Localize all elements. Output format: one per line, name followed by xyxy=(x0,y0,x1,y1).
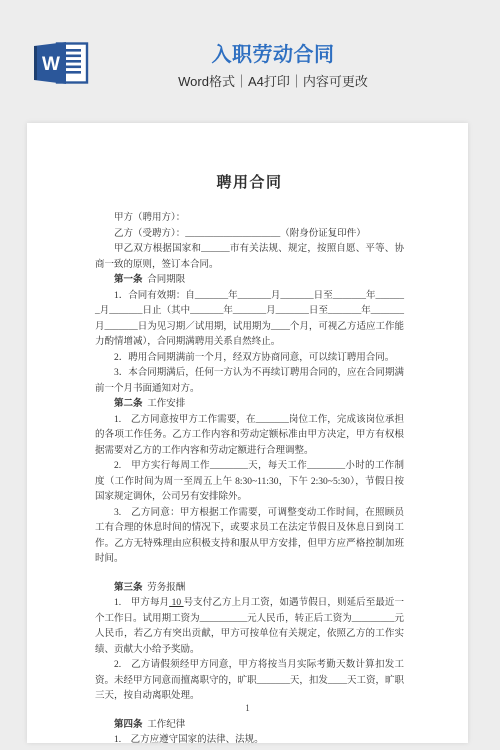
contract-paragraph: 1. 甲方每月 10 号支付乙方上月工资，如遇节假日，则延后至最近一个工作日。试… xyxy=(95,596,404,658)
contract-paragraph: 2. 乙方请假须经甲方同意，甲方将按当月实际考勤天数计算扣发工资。未经甲方同意而… xyxy=(95,658,404,705)
document-body: 聘用合同甲方（聘用方）：乙方（受聘方）：____________________… xyxy=(95,175,404,743)
contract-paragraph: 2．聘用合同期满前一个月，经双方协商同意，可以续订聘用合同。 xyxy=(95,351,404,367)
section-heading: 第二条 工作安排 xyxy=(95,397,404,413)
page-number: 1 xyxy=(27,703,468,713)
section-heading: 第四条 工作纪律 xyxy=(95,718,404,734)
contract-paragraph: 1. 乙方同意按甲方工作需要，在_______岗位工作，完成该岗位承担的各项工作… xyxy=(95,413,404,460)
contract-paragraph: 甲乙双方根据国家和______市有关法规、规定，按照自愿、平等、协商一致的原则，… xyxy=(95,242,404,273)
header-text: 入职劳动合同 Word格式｜A4打印｜内容可更改 xyxy=(46,44,500,89)
header: W 入职劳动合同 Word格式｜A4打印｜内容可更改 xyxy=(0,0,500,123)
page-title: 入职劳动合同 xyxy=(46,44,500,66)
contract-paragraph: 2. 甲方实行每周工作________天，每天工作________小时的工作制度… xyxy=(95,459,404,506)
contract-paragraph: 3．本合同期满后，任何一方认为不再续订聘用合同的，应在合同期满前一个月书面通知对… xyxy=(95,366,404,397)
contract-paragraph: 乙方（受聘方）：____________________（附身份证复印件） xyxy=(95,227,404,243)
contract-paragraph: 1. 乙方应遵守国家的法律、法规。 xyxy=(95,733,404,743)
section-heading: 第一条 合同期限 xyxy=(95,273,404,289)
contract-paragraph: 3. 乙方同意：甲方根据工作需要，可调整变动工作时间，在照顾员工有合理的休息时间… xyxy=(95,506,404,568)
paragraph-gap xyxy=(95,568,404,581)
contract-paragraph: 1．合同有效期：自_______年_______月_______日至______… xyxy=(95,289,404,351)
contract-paragraph: 甲方（聘用方）： xyxy=(95,211,404,227)
document-title: 聘用合同 xyxy=(95,175,404,192)
page-subtitle: Word格式｜A4打印｜内容可更改 xyxy=(46,74,500,89)
document-page: 聘用合同甲方（聘用方）：乙方（受聘方）：____________________… xyxy=(27,123,468,743)
section-heading: 第三条 劳务报酬 xyxy=(95,581,404,597)
